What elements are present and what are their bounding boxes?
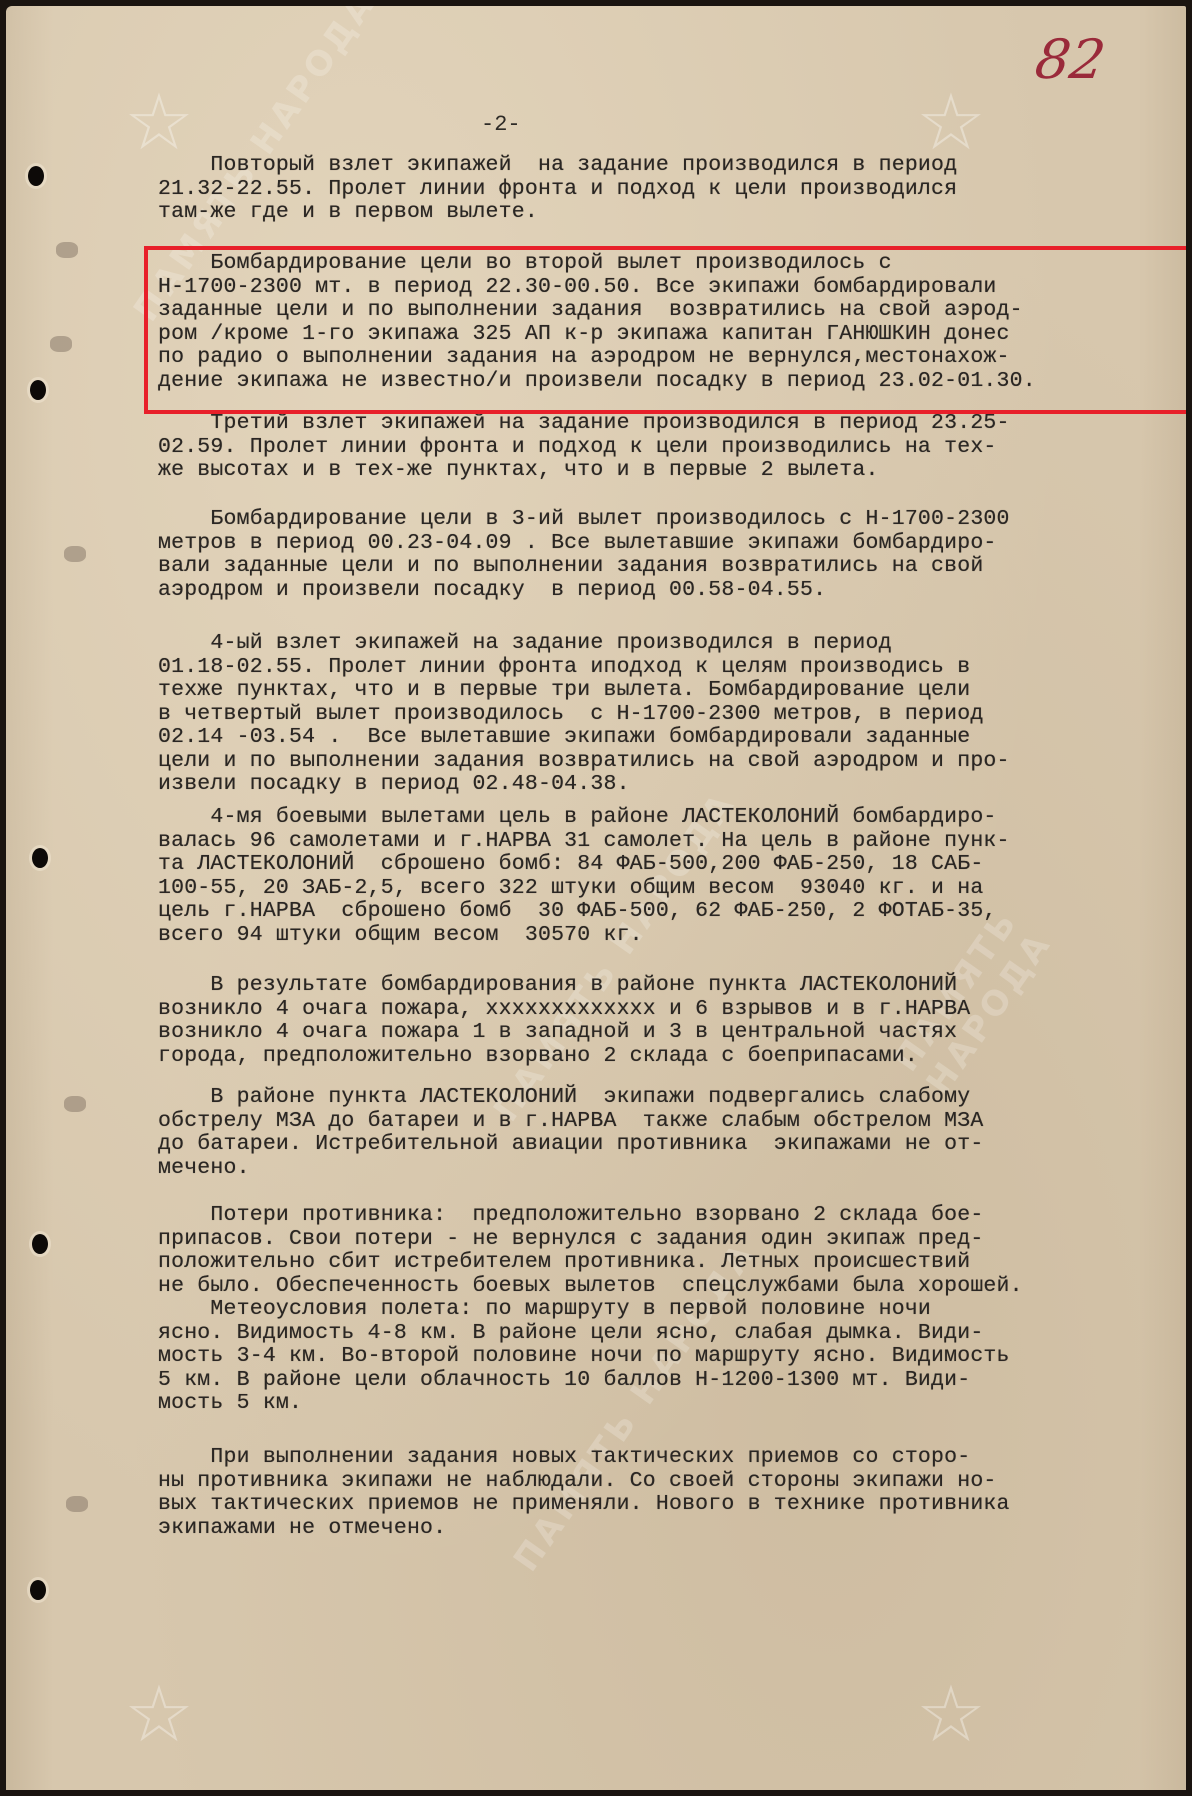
text-line: вых тактических приемов не применяли. Но… (158, 1493, 1186, 1517)
text-line: цели и по выполнении задания возвратилис… (158, 750, 1186, 774)
text-line: ны противника экипажи не наблюдали. Со с… (158, 1470, 1186, 1494)
text-line: положительно сбит истребителем противник… (158, 1251, 1186, 1275)
text-line: мость 3-4 км. Во-второй половине ночи по… (158, 1345, 1186, 1369)
paragraph: При выполнении задания новых тактических… (158, 1446, 1186, 1540)
text-line: та ЛАСТЕКОЛОНИЙ сброшено бомб: 84 ФАБ-50… (158, 853, 1186, 877)
text-line: города, предположительно взорвано 2 скла… (158, 1045, 1186, 1069)
text-line: возникло 4 очага пожара 1 в западной и 3… (158, 1021, 1186, 1045)
text-line: метров в период 00.23-04.09 . Все вылета… (158, 532, 1186, 556)
text-line: Н-1700-2300 мт. в период 22.30-00.50. Вс… (158, 276, 1186, 300)
paragraph: В районе пункта ЛАСТЕКОЛОНИЙ экипажи под… (158, 1086, 1186, 1180)
paragraph: Повторый взлет экипажей на задание произ… (158, 154, 1186, 225)
text-line: Бомбардирование цели в 3-ий вылет произв… (158, 508, 1186, 532)
paragraph: Третий взлет экипажей на задание произво… (158, 412, 1186, 483)
text-line: 01.18-02.55. Пролет линии фронта иподход… (158, 656, 1186, 680)
paragraph: 4-ый взлет экипажей на задание производи… (158, 632, 1186, 797)
paragraph: Бомбардирование цели во второй вылет про… (158, 252, 1186, 393)
text-line: экипажами не отмечено. (158, 1517, 1186, 1541)
paper-stain (64, 546, 86, 562)
folio-number: 82 (1032, 28, 1110, 91)
text-line: в четвертый вылет производилось с Н-1700… (158, 703, 1186, 727)
text-line: всего 94 штуки общим весом 30570 кг. (158, 924, 1186, 948)
text-line: Повторый взлет экипажей на задание произ… (158, 154, 1186, 178)
text-line: обстрелу МЗА до батареи и в г.НАРВА такж… (158, 1110, 1186, 1134)
binding-hole (32, 1234, 48, 1254)
document-page: ☆ ☆ ☆ ☆ ПАМЯТЬ НАРОДА ПАМЯТЬ НАРОДА ПАМЯ… (6, 6, 1186, 1790)
text-line: же высотах и в тех-же пунктах, что и в п… (158, 459, 1186, 483)
binding-hole (32, 848, 48, 868)
text-line: валась 96 самолетами и г.НАРВА 31 самоле… (158, 830, 1186, 854)
binding-hole (28, 166, 44, 186)
text-line: припасов. Свои потери - не вернулся с за… (158, 1228, 1186, 1252)
text-line: 02.59. Пролет линии фронта и подход к це… (158, 436, 1186, 460)
text-line: цель г.НАРВА сброшено бомб 30 ФАБ-500, 6… (158, 900, 1186, 924)
text-line: 5 км. В районе цели облачность 10 баллов… (158, 1369, 1186, 1393)
text-line: При выполнении задания новых тактических… (158, 1446, 1186, 1470)
paper-stain (66, 1496, 88, 1512)
text-line: Потери противника: предположительно взор… (158, 1204, 1186, 1228)
text-line: Бомбардирование цели во второй вылет про… (158, 252, 1186, 276)
paper-stain (50, 336, 72, 352)
text-line: 21.32-22.55. Пролет линии фронта и подхо… (158, 178, 1186, 202)
binding-hole (30, 1580, 46, 1600)
page-number: -2- (481, 112, 521, 137)
text-line: мечено. (158, 1157, 1186, 1181)
text-line: 4-мя боевыми вылетами цель в районе ЛАСТ… (158, 806, 1186, 830)
text-line: 02.14 -03.54 . Все вылетавшие экипажи бо… (158, 726, 1186, 750)
text-line: извели посадку в период 02.48-04.38. (158, 773, 1186, 797)
watermark-star-icon: ☆ (916, 1676, 986, 1754)
text-line: В результате бомбардирования в районе пу… (158, 974, 1186, 998)
paper-stain (56, 242, 78, 258)
text-line: заданные цели и по выполнении задания во… (158, 299, 1186, 323)
text-line: 100-55, 20 ЗАБ-2,5, всего 322 штуки общи… (158, 877, 1186, 901)
watermark-star-icon: ☆ (124, 84, 194, 162)
text-line: по радио о выполнении задания на аэродро… (158, 346, 1186, 370)
text-line: аэродром и произвели посадку в период 00… (158, 579, 1186, 603)
text-line: до батареи. Истребительной авиации проти… (158, 1133, 1186, 1157)
text-line: Третий взлет экипажей на задание произво… (158, 412, 1186, 436)
text-line: мость 5 км. (158, 1392, 1186, 1416)
paragraph: Бомбардирование цели в 3-ий вылет произв… (158, 508, 1186, 602)
paper-stain (64, 1096, 86, 1112)
paragraph: В результате бомбардирования в районе пу… (158, 974, 1186, 1068)
text-line: Метеоусловия полета: по маршруту в перво… (158, 1298, 1186, 1322)
text-line: В районе пункта ЛАСТЕКОЛОНИЙ экипажи под… (158, 1086, 1186, 1110)
binding-hole (30, 380, 46, 400)
text-line: не было. Обеспеченность боевых вылетов с… (158, 1275, 1186, 1299)
paragraph: 4-мя боевыми вылетами цель в районе ЛАСТ… (158, 806, 1186, 947)
text-line: там-же где и в первом вылете. (158, 201, 1186, 225)
text-line: вали заданные цели и по выполнении задан… (158, 555, 1186, 579)
text-line: техже пунктах, что и в первые три вылета… (158, 679, 1186, 703)
watermark-star-icon: ☆ (124, 1676, 194, 1754)
text-line: возникло 4 очага пожара, xxxxxxxxxxxxx и… (158, 998, 1186, 1022)
text-line: дение экипажа не известно/и произвели по… (158, 370, 1186, 394)
text-line: ясно. Видимость 4-8 км. В районе цели яс… (158, 1322, 1186, 1346)
text-line: ром /кроме 1-го экипажа 325 АП к-р экипа… (158, 323, 1186, 347)
text-line: 4-ый взлет экипажей на задание производи… (158, 632, 1186, 656)
paragraph: Потери противника: предположительно взор… (158, 1204, 1186, 1416)
watermark-star-icon: ☆ (916, 84, 986, 162)
